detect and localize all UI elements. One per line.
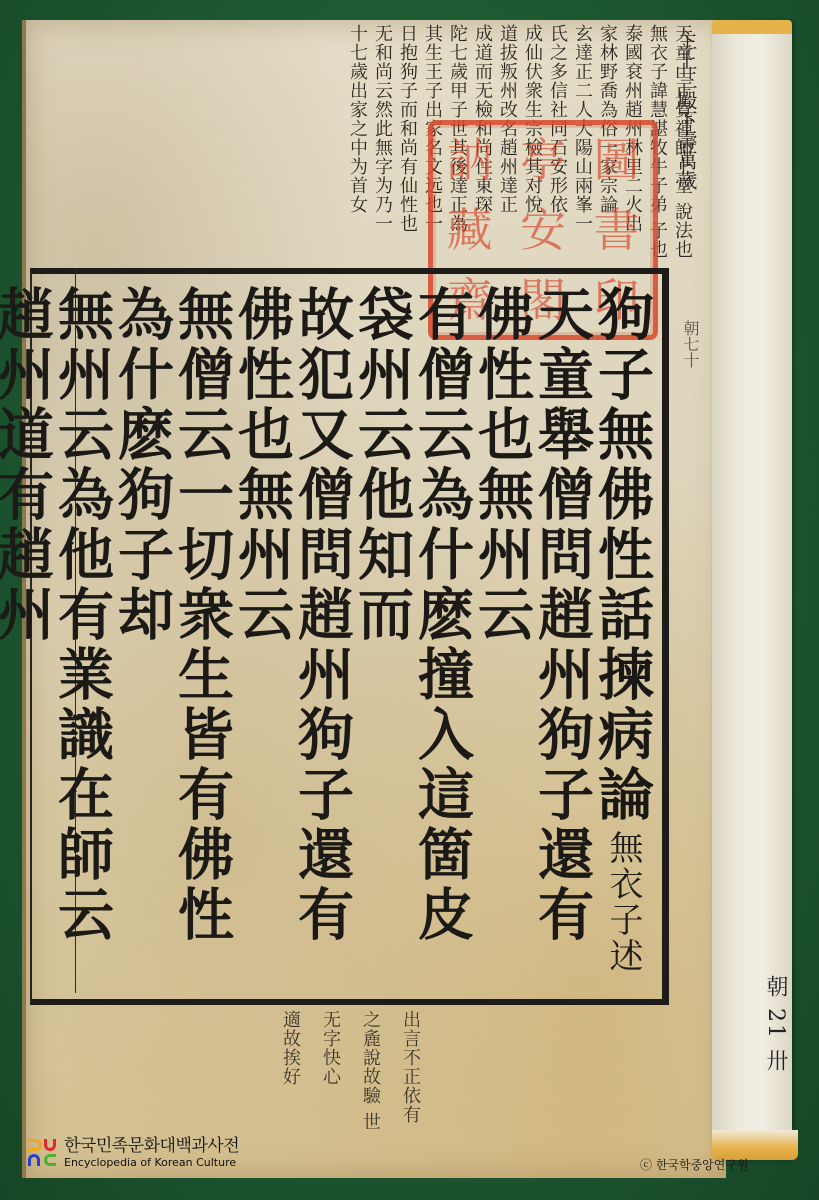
annotation-column: 之麁說故驗 xyxy=(350,1010,390,1105)
seal-glyph: 書 xyxy=(593,207,639,253)
annotation-column: 无和尚云然此無字为乃一 xyxy=(370,24,395,233)
annotation-column: 日抱狗子而和尚有仙性也 xyxy=(395,24,420,233)
margin-note-longevity: 主上三殿下壽萬歲 xyxy=(672,30,700,190)
text-column: 無僧云一切衆生皆有佛性為什麽狗子却 xyxy=(112,285,232,985)
copyright-watermark: ⓒ 한국학중앙연구원 xyxy=(640,1156,749,1173)
seal-glyph: 安 xyxy=(520,207,566,253)
annotation-column: 出言不正依有 xyxy=(390,1010,430,1124)
annotation-column: 世 xyxy=(350,1112,390,1131)
text-column: 有僧云為什麽撞入這箇皮袋州云他知而 xyxy=(352,285,472,985)
text-column: 故犯又僧問趙州狗子還有佛性也無州云 xyxy=(232,285,352,985)
annotation-column: 十七歲出家之中为首女 xyxy=(345,24,370,214)
text-column: 天童舉僧問趙州狗子還有佛性也無州云 xyxy=(472,285,592,985)
annotation-column: 適故挨好 xyxy=(270,1010,310,1086)
spine-label-char: 朝 xyxy=(763,975,788,999)
title-column: 狗子無佛性話揀病論 xyxy=(592,285,652,825)
text-column: 無州云為他有業識在師云趙州道有趙州 xyxy=(0,285,112,985)
spine-catalog-label: 朝 21 卅 xyxy=(760,975,790,1073)
seal-glyph: 圖 xyxy=(593,137,639,183)
watermark-english-title: Encyclopedia of Korean Culture xyxy=(64,1157,239,1168)
encyclopedia-logo-icon xyxy=(28,1139,58,1167)
spine-tape-top xyxy=(712,20,792,34)
author-attribution: 無衣子述 xyxy=(608,830,648,974)
seal-glyph: 訥 xyxy=(447,137,493,183)
encyclopedia-watermark: 한국민족문화대백과사전 Encyclopedia of Korean Cultu… xyxy=(28,1138,239,1168)
spine-label-mark: 卅 xyxy=(763,1049,788,1073)
spine-label-number: 21 xyxy=(763,1008,788,1040)
seal-glyph: 藏 xyxy=(447,207,493,253)
annotation-column: 无字快心 xyxy=(310,1010,350,1086)
annotation-column: 說法也 xyxy=(670,202,695,259)
seal-glyph: 亭 xyxy=(520,137,566,183)
margin-note-lower: 朝七十 xyxy=(676,320,702,368)
main-printed-text: 狗子無佛性話揀病論 天童舉僧問趙州狗子還有佛性也無州云 有僧云為什麽撞入這箇皮袋… xyxy=(52,285,652,985)
watermark-korean-title: 한국민족문화대백과사전 xyxy=(64,1138,239,1155)
